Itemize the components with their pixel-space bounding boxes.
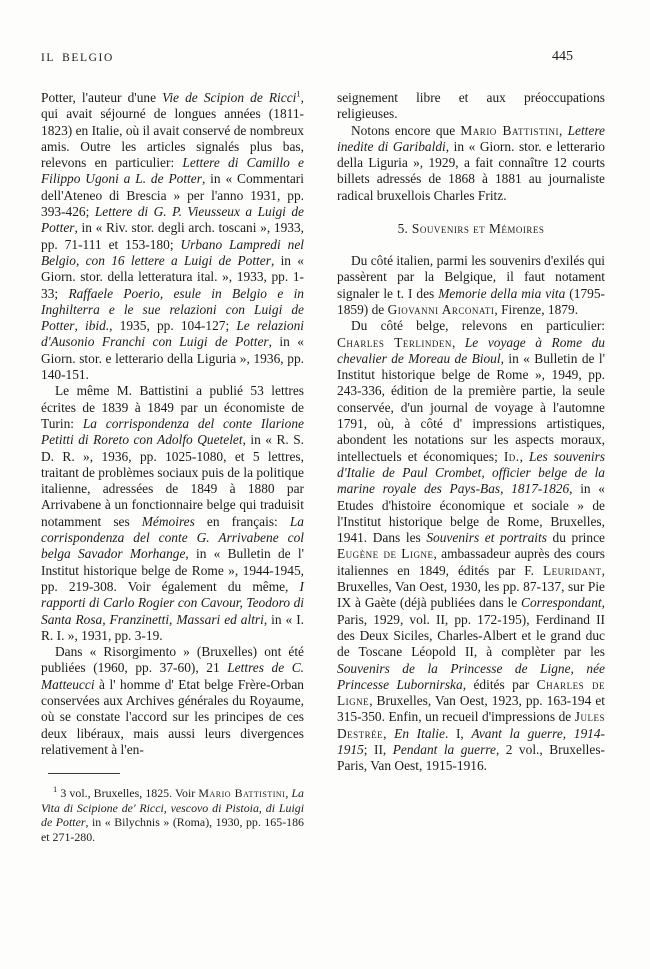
paragraph: Du côté belge, relevons en particulier: … — [337, 318, 605, 774]
book-page: IL BELGIO 445 Potter, l'auteur d'une Vie… — [0, 0, 650, 969]
footnote-rule — [48, 773, 120, 774]
paragraph: Le même M. Battistini a publié 53 lettre… — [41, 383, 304, 644]
running-title: IL BELGIO — [41, 52, 114, 64]
section-heading: 5. Souvenirs et Mémoires — [337, 221, 605, 237]
right-column: seignement libre et aux préoccupations r… — [337, 90, 605, 775]
paragraph: Du côté italien, parmi les souvenirs d'e… — [337, 253, 605, 318]
paragraph: Potter, l'auteur d'une Vie de Scipion de… — [41, 90, 304, 383]
section-title: Souvenirs et Mémoires — [412, 221, 545, 236]
left-column-text: Potter, l'auteur d'une Vie de Scipion de… — [41, 90, 304, 758]
page-header: IL BELGIO 445 — [41, 49, 607, 67]
paragraph: seignement libre et aux préoccupations r… — [337, 90, 605, 123]
paragraph: Dans « Risorgimento » (Bruxelles) ont ét… — [41, 644, 304, 758]
paragraph: Notons encore que Mario Battistini, Lett… — [337, 123, 605, 204]
footnote: 1 3 vol., Bruxelles, 1825. Voir Mario Ba… — [41, 786, 304, 844]
right-column-text-top: seignement libre et aux préoccupations r… — [337, 90, 605, 204]
right-column-text-bottom: Du côté italien, parmi les souvenirs d'e… — [337, 253, 605, 775]
section-number: 5. — [398, 221, 409, 236]
page-number: 445 — [552, 49, 573, 65]
left-column: Potter, l'auteur d'une Vie de Scipion de… — [41, 90, 304, 856]
